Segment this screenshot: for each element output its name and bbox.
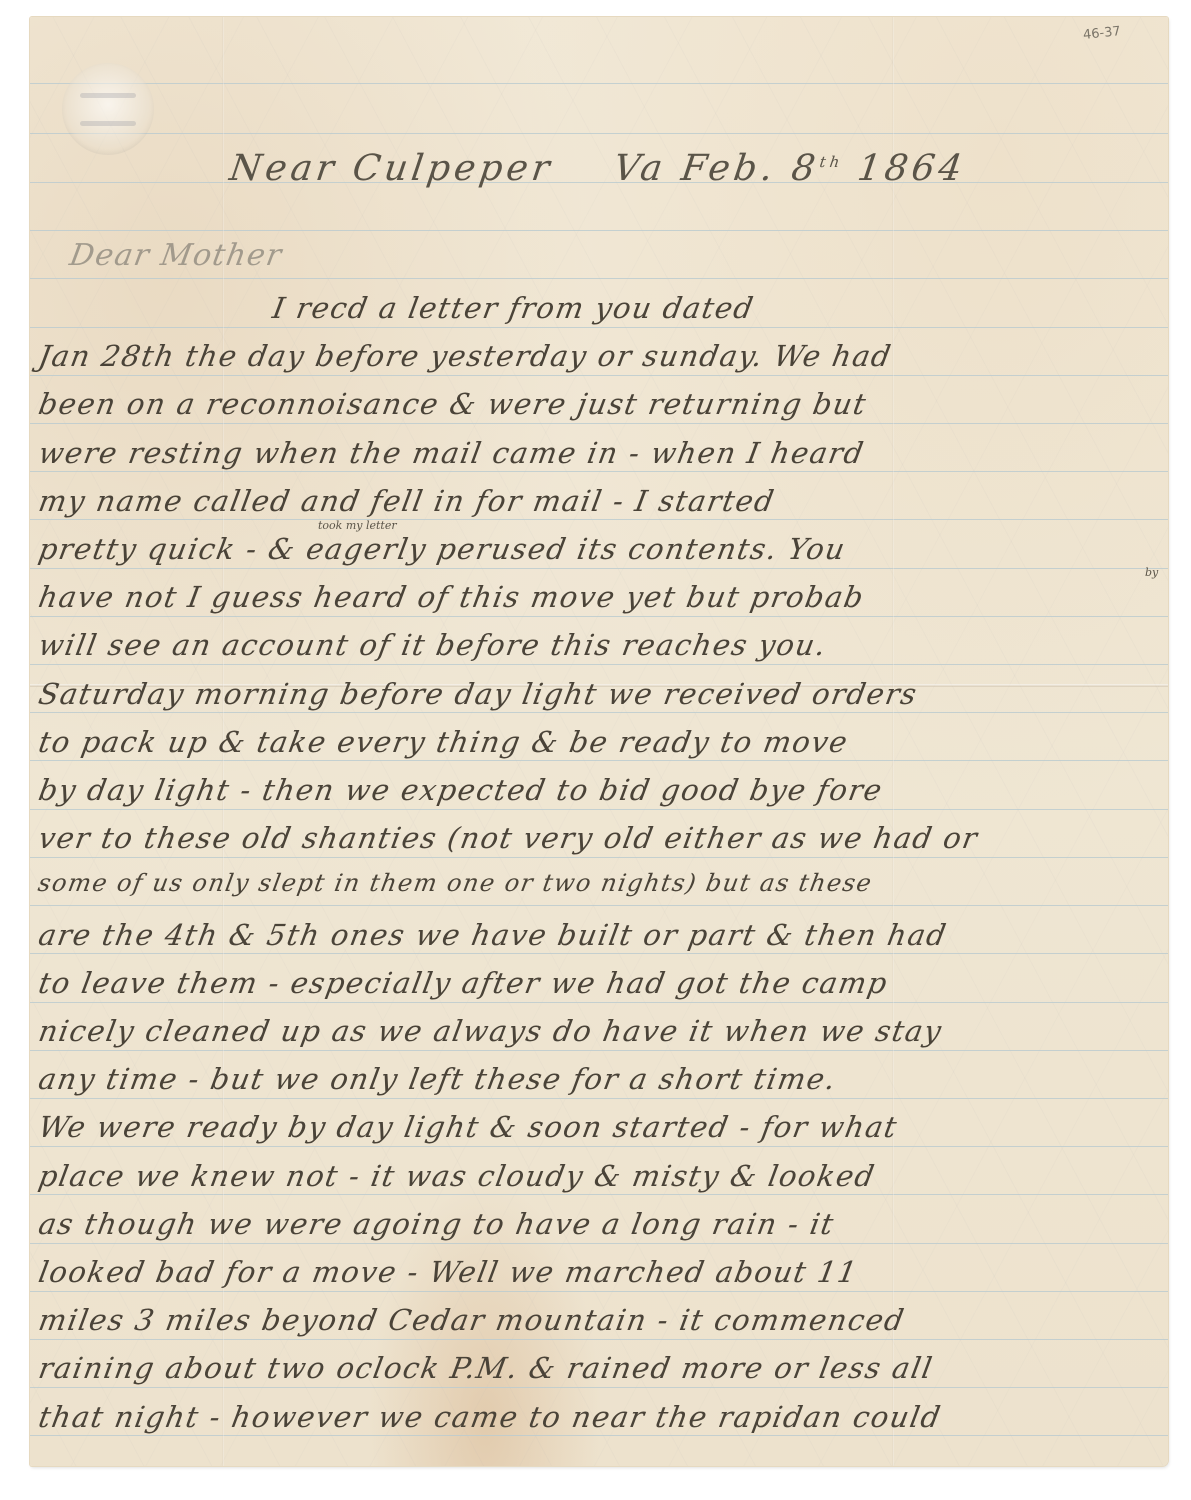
interlinear-insertion: by — [1145, 566, 1158, 579]
ruled-line — [30, 809, 1168, 810]
letter-line: looked bad for a move - Well we marched … — [36, 1255, 861, 1289]
letter-heading: Near Culpeper Va Feb. 8th 1864 — [227, 148, 968, 189]
heading-year: 1864 — [855, 148, 968, 189]
ruled-line — [30, 1098, 1168, 1099]
ruled-line — [30, 1050, 1168, 1051]
ruled-line — [30, 905, 1168, 906]
ruled-line — [30, 278, 1168, 279]
ruled-line — [30, 471, 1168, 472]
ruled-line — [30, 133, 1168, 134]
letter-line: Jan 28th the day before yesterday or sun… — [36, 339, 895, 373]
ruled-line — [30, 1339, 1168, 1340]
ruled-line — [30, 1002, 1168, 1003]
letter-line: place we knew not - it was cloudy & mist… — [36, 1159, 878, 1193]
letter-line: by day light - then we expected to bid g… — [36, 773, 886, 807]
letter-line: will see an account of it before this re… — [36, 628, 830, 662]
ruled-line — [30, 519, 1168, 520]
ruled-line — [30, 760, 1168, 761]
letter-line: have not I guess heard of this move yet … — [36, 580, 867, 614]
ruled-line — [30, 375, 1168, 376]
ruled-line — [30, 1435, 1168, 1436]
embossed-seal-icon — [62, 63, 154, 155]
ruled-line — [30, 568, 1168, 569]
letter-line: to pack up & take every thing & be ready… — [36, 725, 851, 759]
heading-state: Va — [611, 148, 669, 189]
letter-line: as though we were agoing to have a long … — [36, 1207, 837, 1241]
letter-line: miles 3 miles beyond Cedar mountain - it… — [36, 1303, 908, 1337]
ruled-line — [30, 953, 1168, 954]
ruled-line — [30, 857, 1168, 858]
letter-line: were resting when the mail came in - whe… — [36, 436, 867, 470]
heading-day-suffix: th — [818, 153, 844, 171]
interlinear-insertion: took my letter — [318, 519, 397, 532]
letter-line: any time - but we only left these for a … — [36, 1062, 839, 1096]
ruled-line — [30, 327, 1168, 328]
letter-line: that night - however we came to near the… — [36, 1400, 944, 1434]
letter-line: pretty quick - & eagerly perused its con… — [36, 532, 849, 566]
letter-line: Saturday morning before day light we rec… — [36, 677, 920, 711]
heading-place: Near Culpeper — [227, 148, 556, 189]
letter-line: ver to these old shanties (not very old … — [36, 821, 981, 855]
ruled-line — [30, 1194, 1168, 1195]
ruled-line — [30, 712, 1168, 713]
letter-line: are the 4th & 5th ones we have built or … — [36, 918, 950, 952]
letter-line: nicely cleaned up as we always do have i… — [36, 1014, 945, 1048]
vertical-fold — [892, 17, 894, 1466]
ruled-line — [30, 664, 1168, 665]
letter-line: been on a reconnoisance & were just retu… — [36, 387, 870, 421]
letter-line: raining about two oclock P.M. & rained m… — [36, 1351, 936, 1385]
letter-line: We were ready by day light & soon starte… — [36, 1110, 901, 1144]
ruled-line — [30, 616, 1168, 617]
ruled-line — [30, 1387, 1168, 1388]
ruled-line — [30, 230, 1168, 231]
heading-day: 8 — [789, 148, 822, 189]
letter-line: my name called and fell in for mail - I … — [36, 484, 778, 518]
ruled-line — [30, 83, 1168, 84]
ruled-line — [30, 1146, 1168, 1147]
salutation: Dear Mother — [67, 238, 285, 273]
heading-month: Feb. — [679, 148, 780, 189]
letter-line: some of us only slept in them one or two… — [36, 869, 875, 897]
ruled-line — [30, 1243, 1168, 1244]
letter-line: I recd a letter from you dated — [270, 291, 757, 325]
letter-line: to leave them - especially after we had … — [36, 966, 891, 1000]
ruled-line — [30, 423, 1168, 424]
ruled-line — [30, 1291, 1168, 1292]
